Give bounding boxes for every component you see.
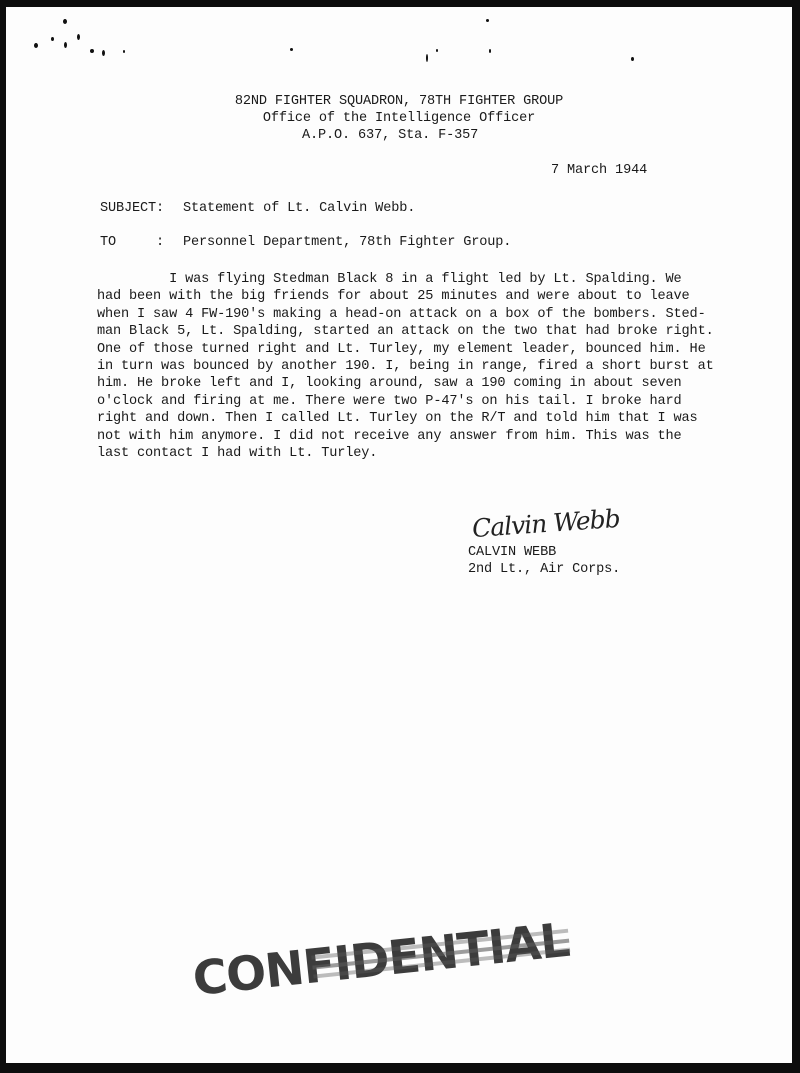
scan-speck [34, 43, 38, 48]
scan-speck [63, 19, 67, 24]
subject-label: SUBJECT: [100, 201, 164, 217]
body-line: not with him anymore. I did not receive … [97, 429, 682, 445]
body-line: I was flying Stedman Black 8 in a flight… [97, 272, 682, 288]
body-line: when I saw 4 FW-190's making a head-on a… [97, 307, 706, 323]
scan-speck [64, 42, 67, 48]
to-value: Personnel Department, 78th Fighter Group… [183, 235, 511, 251]
scan-speck [51, 37, 54, 41]
scan-speck [486, 19, 489, 22]
document-date: 7 March 1944 [551, 163, 647, 179]
scan-speck [77, 34, 80, 40]
scan-speck [436, 49, 438, 52]
body-line: man Black 5, Lt. Spalding, started an at… [97, 324, 714, 340]
scan-speck [631, 57, 634, 61]
signature-name: CALVIN WEBB [468, 545, 556, 561]
document-page: 82ND FIGHTER SQUADRON, 78TH FIGHTER GROU… [6, 7, 792, 1063]
body-line: had been with the big friends for about … [97, 289, 690, 305]
handwritten-signature: Calvin Webb [471, 504, 620, 543]
confidential-stamp: CONFIDENTIAL [190, 913, 571, 1007]
body-line: right and down. Then I called Lt. Turley… [97, 411, 698, 427]
letterhead-address: A.P.O. 637, Sta. F-357 [302, 128, 478, 144]
to-label: TO : [100, 235, 164, 251]
letterhead-unit: 82ND FIGHTER SQUADRON, 78TH FIGHTER GROU… [6, 94, 792, 110]
scan-speck [90, 49, 94, 53]
scan-speck [290, 48, 293, 51]
body-line: in turn was bounced by another 190. I, b… [97, 359, 714, 375]
letterhead-office: Office of the Intelligence Officer [6, 111, 792, 127]
scan-speck [123, 50, 125, 53]
body-line: last contact I had with Lt. Turley. [97, 446, 377, 462]
scan-speck [426, 54, 428, 62]
subject-value: Statement of Lt. Calvin Webb. [183, 201, 415, 217]
signature-rank: 2nd Lt., Air Corps. [468, 562, 620, 578]
body-line: o'clock and firing at me. There were two… [97, 394, 682, 410]
body-line: One of those turned right and Lt. Turley… [97, 342, 706, 358]
scan-speck [489, 49, 491, 53]
body-line: him. He broke left and I, looking around… [97, 376, 682, 392]
scan-speck [102, 50, 105, 56]
